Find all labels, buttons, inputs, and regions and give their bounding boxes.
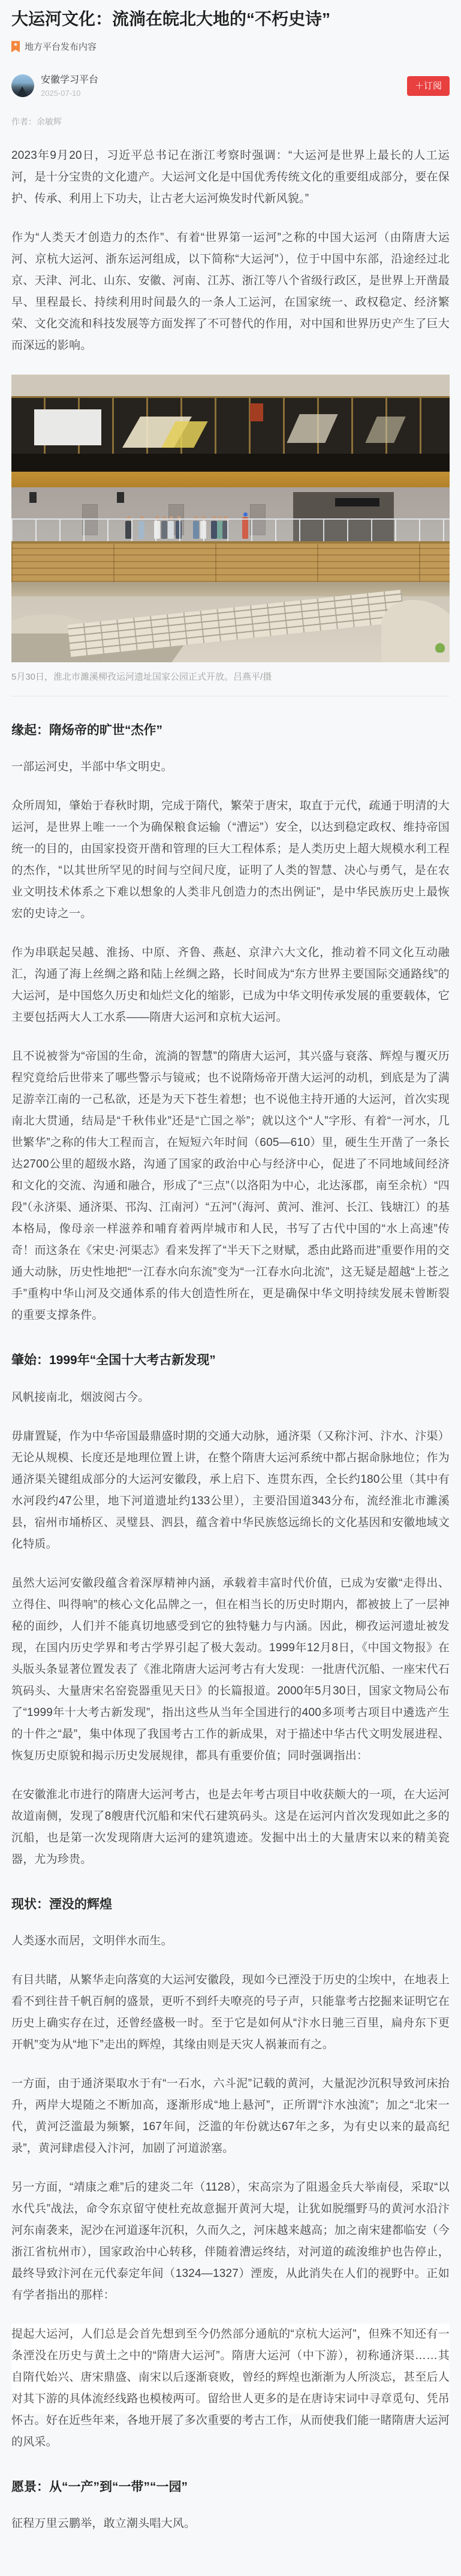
paragraph: 风帆接南北，烟波阅古今。: [11, 1387, 450, 1408]
paragraph: 人类逐水而居，文明伴水而生。: [11, 1931, 450, 1952]
article-figure: 5月30日，淮北市濉溪柳孜运河遗址国家公园正式开放。吕燕平/摄: [11, 375, 450, 684]
publisher-meta: 安徽学习平台 2025-07-10: [41, 74, 98, 97]
photo-dark-band: [11, 454, 450, 472]
paragraph: 且不说被誉为“帝国的生命，流淌的智慧”的隋唐大运河，其兴盛与衰落、辉煌与覆灭历程…: [11, 1046, 450, 1326]
section-heading: 肇始：1999年“全国十大考古新发现”: [11, 1352, 450, 1369]
article-body: 2023年9月20日，习近平总书记在浙江考察时强调：“大运河是世界上最长的人工运…: [11, 145, 450, 2535]
paragraph: 作为串联起吴越、淮扬、中原、齐鲁、燕赵、京津六大文化，推动着不同文化互动融汇，沟…: [11, 942, 450, 1028]
photo-projector-screen: [34, 409, 101, 445]
photo-wood-plank-wall: [11, 541, 450, 582]
image-caption: 5月30日，淮北市濉溪柳孜运河遗址国家公园正式开放。吕燕平/摄: [11, 670, 450, 684]
article-sections: 缘起：隋炀帝的旷世“杰作”一部运河史，半部中华文明史。众所周知，肇始于春秋时期，…: [11, 722, 450, 2535]
section-heading: 现状：湮没的辉煌: [11, 1896, 450, 1913]
paragraph: 另一方面，“靖康之难”后的建炎二年（1128），宋高宗为了阻遏金兵大举南侵，采取…: [11, 2177, 450, 2306]
publish-date: 2025-07-10: [41, 89, 98, 98]
archaeology-site-photo: [11, 375, 450, 662]
section-heading: 愿景：从“一产”到“一带”“一园”: [11, 2478, 450, 2496]
paragraph: 毋庸置疑，作为中华帝国最鼎盛时期的交通大动脉，通济渠（又称汴河、汴水、汴渠）无论…: [11, 1426, 450, 1555]
photo-red-sign: [250, 403, 263, 421]
article-intro: 2023年9月20日，习近平总书记在浙江考察时强调：“大运河是世界上最长的人工运…: [11, 145, 450, 357]
section-heading: 缘起：隋炀帝的旷世“杰作”: [11, 722, 450, 739]
paragraph: 征程万里云鹏举，敢立潮头唱大风。: [11, 2513, 450, 2535]
paragraph: 一方面，由于通济渠取水于有“一石水，六斗泥”记载的黄河，大量泥沙沉积导致河床抬升…: [11, 2073, 450, 2159]
paragraph: 虽然大运河安徽段蕴含着深厚精神内涵，承载着丰富时代价值，已成为安徽“走得出、立得…: [11, 1573, 450, 1767]
star-icon: ★: [13, 41, 18, 49]
paragraph: 众所周知，肇始于春秋时期，完成于隋代，繁荣于唐宋，取直于元代，疏通于明清的大运河…: [11, 795, 450, 925]
paragraph: 一部运河史，半部中华文明史。: [11, 756, 450, 778]
publisher-card: 安徽学习平台 2025-07-10 ＋订阅: [11, 74, 450, 97]
page-title: 大运河文化：流淌在皖北大地的“不朽史诗”: [11, 0, 450, 30]
paragraph: 有目共睹，从繁华走向落寞的大运河安徽段，现如今已湮没于历史的尘埃中，在地表上看不…: [11, 1969, 450, 2056]
quote-paragraph: 提起大运河，人们总是会首先想到至今仍然部分通航的“京杭大运河”，但殊不知还有一条…: [11, 2324, 450, 2453]
publisher-name[interactable]: 安徽学习平台: [41, 74, 98, 86]
photo-plant: [435, 643, 445, 653]
badge-label: 地方平台发布内容: [25, 40, 97, 53]
paragraph: 在安徽淮北市进行的隋唐大运河考古，也是去年考古项目中收获颇大的一项，在大运河故道…: [11, 1784, 450, 1871]
publisher-avatar[interactable]: [11, 74, 34, 97]
photo-ceiling: [11, 375, 450, 396]
section-divider: [11, 696, 450, 696]
ribbon-badge-icon: ★: [11, 41, 20, 52]
photo-orange-band: [11, 472, 450, 487]
subscribe-button[interactable]: ＋订阅: [407, 76, 450, 96]
photo-earth-mound: [381, 600, 450, 662]
platform-badge: ★ 地方平台发布内容: [11, 40, 450, 53]
article-page: 大运河文化：流淌在皖北大地的“不朽史诗” ★ 地方平台发布内容 安徽学习平台 2…: [0, 0, 461, 2576]
photo-glass-railing: [11, 518, 450, 541]
author-byline: 作者：余敏辉: [11, 116, 450, 128]
paragraph: 2023年9月20日，习近平总书记在浙江考察时强调：“大运河是世界上最长的人工运…: [11, 145, 450, 210]
paragraph: 作为“人类天才创造力的杰作”、有着“世界第一运河”之称的中国大运河（由隋唐大运河…: [11, 227, 450, 357]
